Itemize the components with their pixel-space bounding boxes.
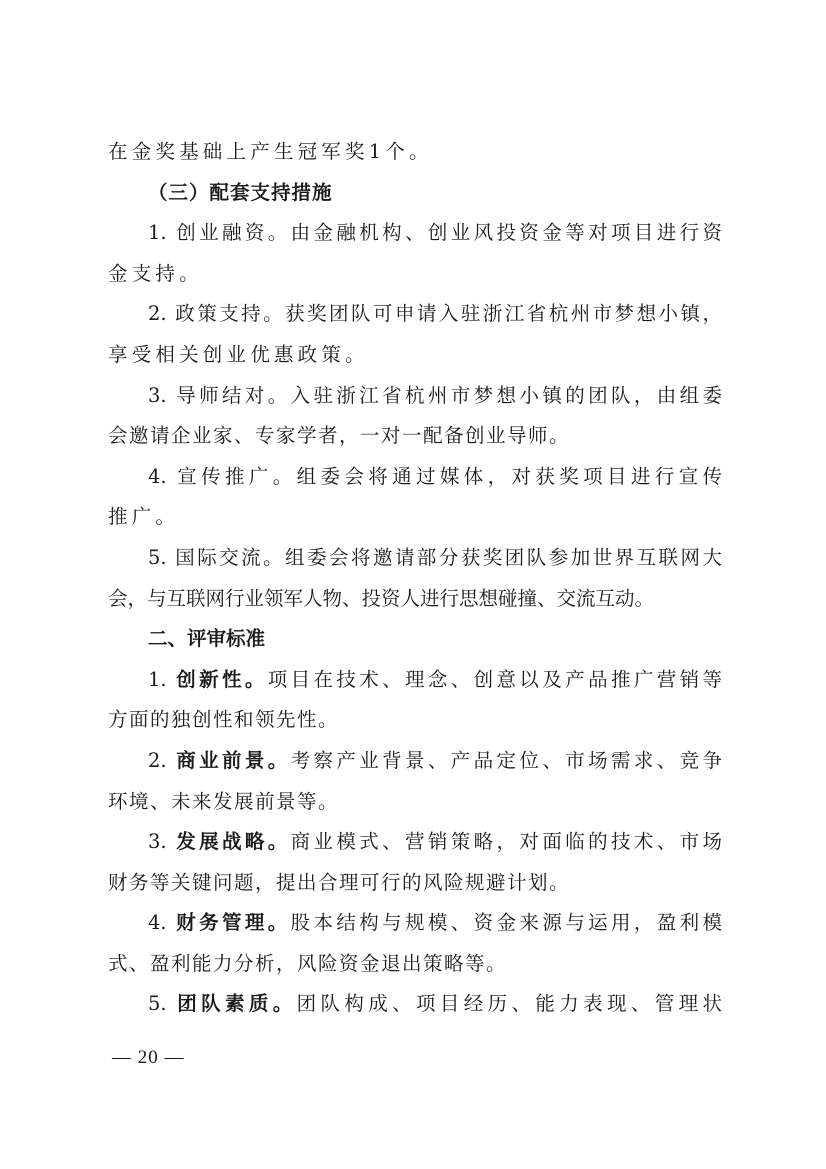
list-item: 3. 导师结对。入驻浙江省杭州市梦想小镇的团队，由组委 (108, 376, 722, 417)
item-number: 2. (148, 302, 175, 325)
paragraph-line: 享受相关创业优惠政策。 (108, 335, 722, 376)
item-number: 1. (148, 668, 176, 691)
item-text: 由金融机构、创业风投资金等对项目进行资 (291, 221, 722, 244)
paragraph-line: 在金奖基础上产生冠军奖1个。 (108, 132, 722, 173)
list-item: 1. 创业融资。由金融机构、创业风投资金等对项目进行资 (108, 213, 722, 254)
item-keyword: 创业融资。 (176, 221, 290, 244)
item-text: 组委会将通过媒体，对获奖项目进行宣传 (297, 465, 722, 488)
section-heading: 二、评审标准 (108, 619, 722, 660)
paragraph-line: 环境、未来发展前景等。 (108, 782, 722, 823)
paragraph-line: 推广。 (108, 497, 722, 538)
list-item: 5. 团队素质。团队构成、项目经历、能力表现、管理状 (108, 984, 722, 1025)
item-keyword: 宣传推广。 (177, 465, 296, 488)
item-text: 组委会将邀请部分获奖团队参加世界互联网大 (285, 546, 722, 569)
item-number: 4. (148, 911, 176, 934)
item-number: 4. (148, 465, 177, 488)
item-keyword: 导师结对。 (176, 384, 290, 407)
paragraph-line: 方面的独创性和领先性。 (108, 700, 722, 741)
item-number: 5. (148, 546, 175, 569)
item-text: 股本结构与规模、资金来源与运用，盈利模 (291, 911, 722, 934)
section-subheading: （三）配套支持措施 (108, 173, 722, 214)
list-item: 2. 政策支持。获奖团队可申请入驻浙江省杭州市梦想小镇， (108, 294, 722, 335)
item-keyword: 发展战略。 (176, 830, 290, 853)
item-keyword: 创新性。 (176, 668, 268, 691)
document-page: 在金奖基础上产生冠军奖1个。 （三）配套支持措施 1. 创业融资。由金融机构、创… (108, 132, 722, 1025)
list-item: 2. 商业前景。考察产业背景、产品定位、市场需求、竞争 (108, 741, 722, 782)
list-item: 3. 发展战略。商业模式、营销策略，对面临的技术、市场 (108, 822, 722, 863)
item-text: 入驻浙江省杭州市梦想小镇的团队，由组委 (291, 384, 722, 407)
item-text: 商业模式、营销策略，对面临的技术、市场 (291, 830, 722, 853)
paragraph-line: 金支持。 (108, 254, 722, 295)
item-text: 考察产业背景、产品定位、市场需求、竞争 (291, 749, 722, 772)
item-keyword: 财务管理。 (176, 911, 290, 934)
page-number: — 20 — (112, 1047, 185, 1069)
item-number: 5. (148, 992, 177, 1015)
list-item: 4. 财务管理。股本结构与规模、资金来源与运用，盈利模 (108, 903, 722, 944)
item-number: 3. (148, 384, 176, 407)
item-number: 2. (148, 749, 176, 772)
item-text: 获奖团队可申请入驻浙江省杭州市梦想小镇， (285, 302, 722, 325)
item-keyword: 商业前景。 (176, 749, 290, 772)
paragraph-line: 式、盈利能力分析，风险资金退出策略等。 (108, 944, 722, 985)
paragraph-line: 财务等关键问题，提出合理可行的风险规避计划。 (108, 863, 722, 904)
list-item: 4. 宣传推广。组委会将通过媒体，对获奖项目进行宣传 (108, 457, 722, 498)
item-text: 项目在技术、理念、创意以及产品推广营销等 (268, 668, 722, 691)
item-number: 3. (148, 830, 176, 853)
list-item: 5. 国际交流。组委会将邀请部分获奖团队参加世界互联网大 (108, 538, 722, 579)
item-number: 1. (148, 221, 176, 244)
item-keyword: 政策支持。 (175, 302, 285, 325)
item-text: 团队构成、项目经历、能力表现、管理状 (297, 992, 722, 1015)
paragraph-line: 会，与互联网行业领军人物、投资人进行思想碰撞、交流互动。 (108, 579, 722, 620)
item-keyword: 团队素质。 (177, 992, 296, 1015)
item-keyword: 国际交流。 (175, 546, 285, 569)
list-item: 1. 创新性。项目在技术、理念、创意以及产品推广营销等 (108, 660, 722, 701)
paragraph-line: 会邀请企业家、专家学者，一对一配备创业导师。 (108, 416, 722, 457)
